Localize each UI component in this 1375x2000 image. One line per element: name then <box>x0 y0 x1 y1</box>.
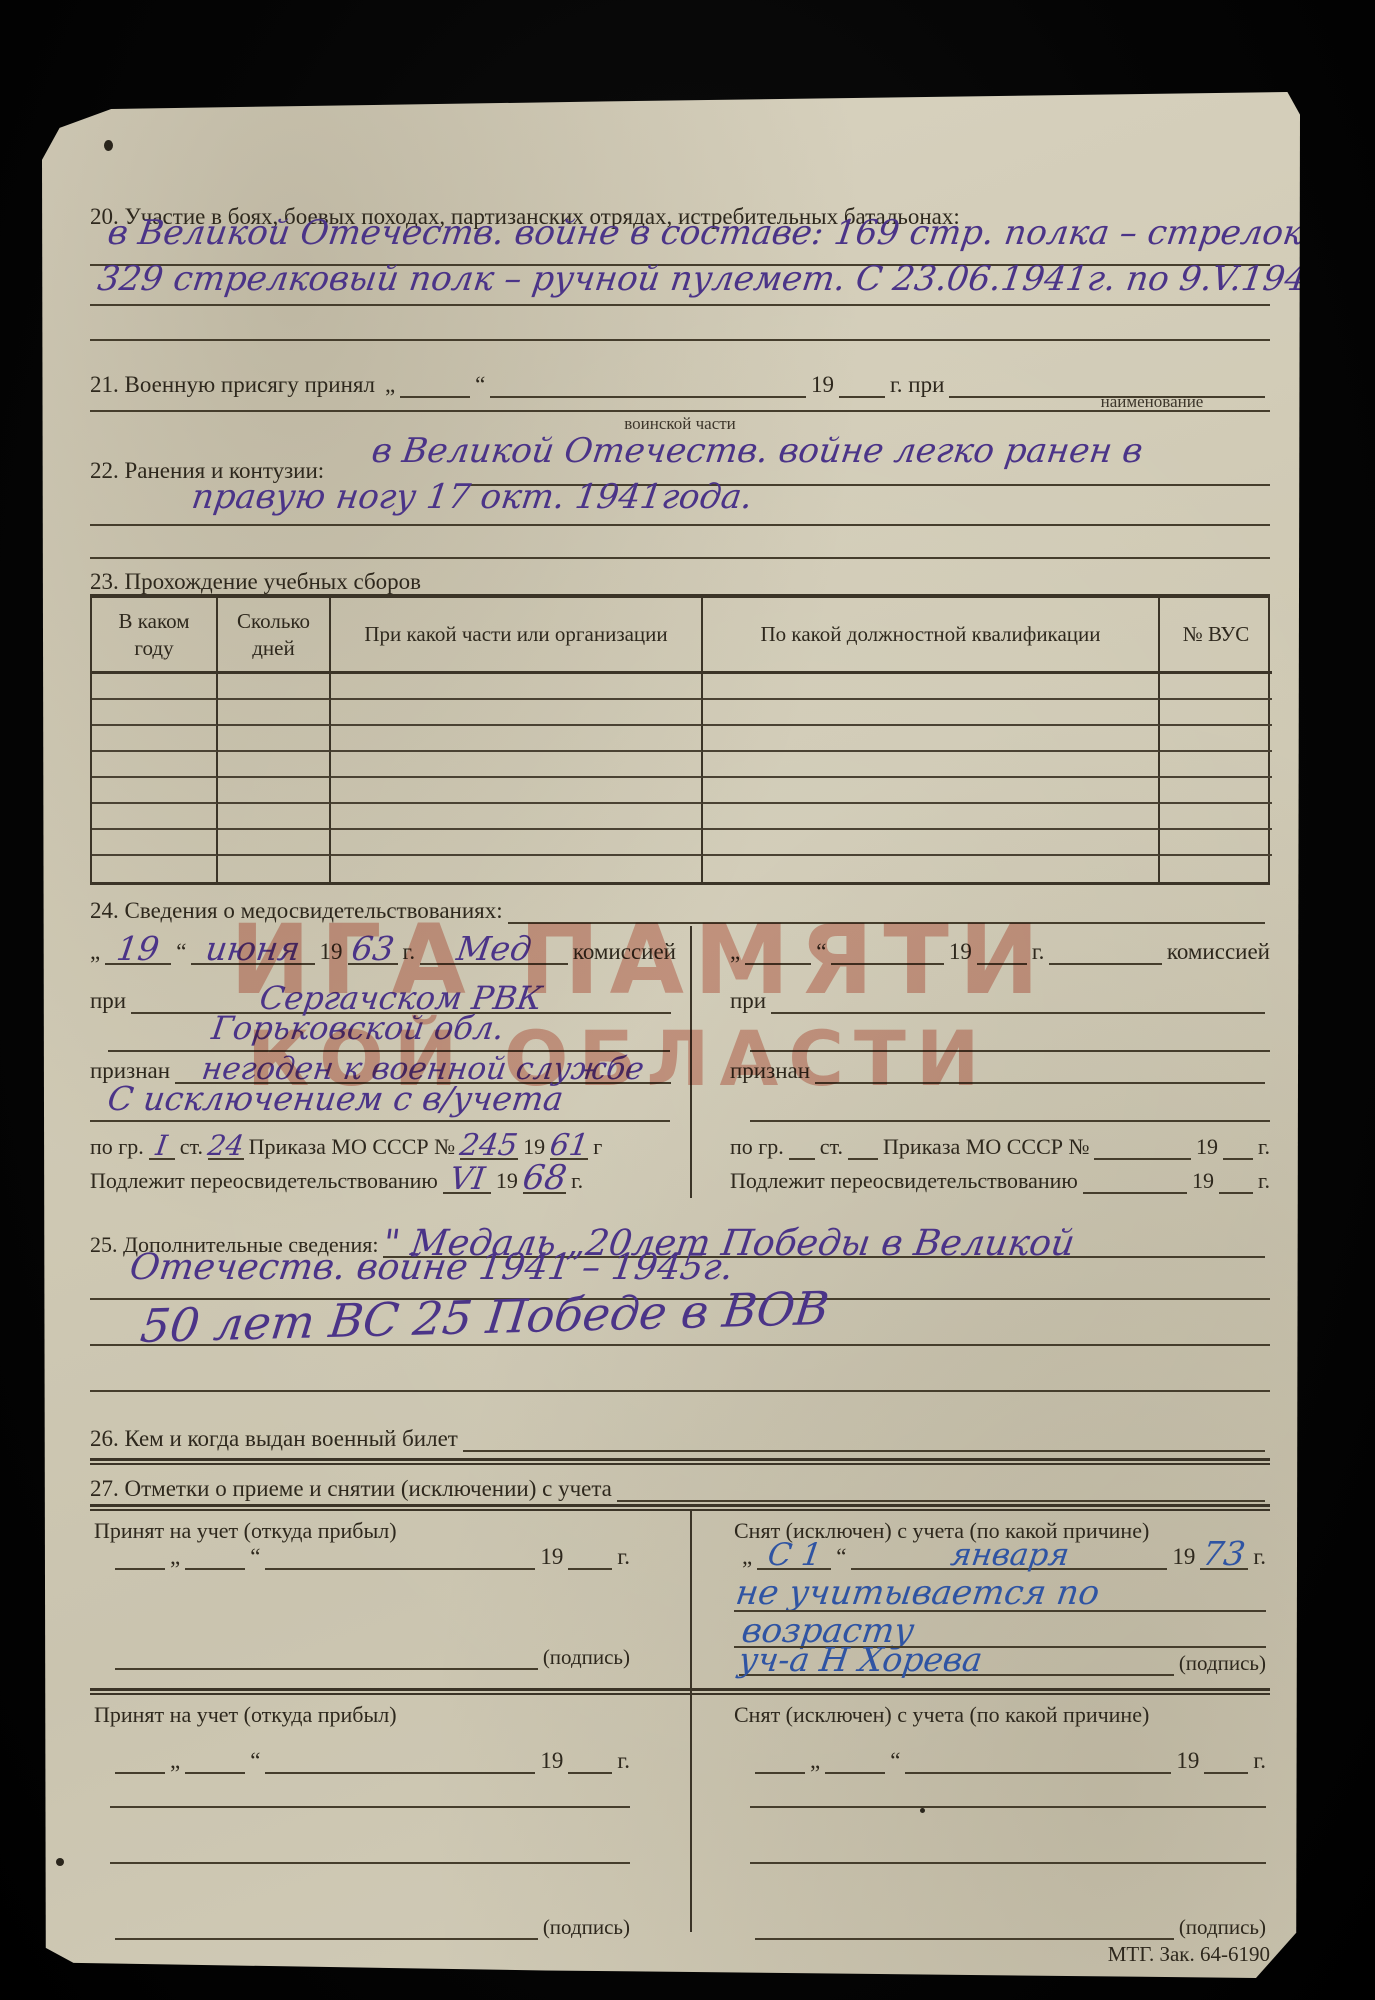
empty-cell <box>92 700 218 726</box>
ruled-line <box>90 339 1270 341</box>
quote-close: “ <box>475 372 485 398</box>
med-right-priznan-row: признан <box>730 1054 1270 1084</box>
med-right-pri-row: при <box>730 984 1270 1014</box>
empty-cell <box>218 674 331 700</box>
empty-cell <box>218 804 331 830</box>
blank-year <box>568 1544 612 1570</box>
g-label: г. <box>1253 1544 1266 1570</box>
med-left-order-year: 61 <box>548 1131 590 1161</box>
empty-cell <box>331 830 703 856</box>
signature-hint: (подпись) <box>543 1915 630 1940</box>
ink-speck <box>56 1858 64 1866</box>
blank <box>1094 1134 1190 1160</box>
ink-speck <box>920 1808 925 1813</box>
field-25-entry-3: 50 лет ВС 25 Победе в ВОВ <box>138 1285 831 1349</box>
year-19: 19 <box>1172 1544 1195 1570</box>
empty-cell <box>703 752 1160 778</box>
g-label: г. <box>1258 1134 1270 1160</box>
med-left-st: 24 <box>206 1132 246 1160</box>
col-header-year: В каком году <box>92 598 218 674</box>
blank-year <box>977 935 1027 965</box>
po-gr-label: по гр. <box>90 1134 144 1160</box>
accepted-sign-row-1: (подпись) <box>110 1644 630 1670</box>
ruled-line <box>750 1806 1266 1808</box>
field-27-label: 27. Отметки о приеме и снятии (исключени… <box>90 1476 612 1502</box>
accepted-date-row-1: „ “ 19 г. <box>110 1544 630 1570</box>
empty-cell <box>92 804 218 830</box>
blank-year <box>1204 1748 1248 1774</box>
quote-close: “ <box>250 1544 260 1570</box>
g-label: г. <box>1253 1748 1266 1774</box>
blank <box>771 984 1265 1014</box>
field-25-entry-2: Отечеств. войне 1941 – 1945г. <box>127 1250 735 1286</box>
column-divider <box>690 926 692 1198</box>
empty-cell <box>1160 674 1272 700</box>
field-22-entry-2: правую ногу 17 окт. 1941года. <box>190 480 755 514</box>
year-19: 19 <box>496 1168 518 1194</box>
blank-day <box>825 1748 885 1774</box>
empty-cell <box>1160 726 1272 752</box>
col-header-qualification: По какой должностной квалификации <box>703 598 1160 674</box>
field-21-label: 21. Военную присягу принял <box>90 372 375 398</box>
year-19: 19 <box>1196 1134 1218 1160</box>
empty-cell <box>218 778 331 804</box>
scanned-military-document: 20. Участие в боях, боевых походах, парт… <box>0 0 1375 2000</box>
empty-cell <box>1160 856 1272 882</box>
ruled-line <box>90 557 1270 559</box>
field-24-row: 24. Сведения о медосвидетельствованиях: <box>90 898 1270 924</box>
med-left-order-row: по гр. I ст. 24 Приказа МО СССР № 245 19… <box>90 1134 676 1160</box>
quote-close: “ <box>816 939 826 965</box>
priznan-label: признан <box>730 1058 810 1084</box>
med-left-order-no: 245 <box>458 1131 519 1161</box>
pri-label: при <box>730 988 766 1014</box>
blank-day <box>400 368 470 398</box>
empty-cell <box>331 674 703 700</box>
blank-month <box>905 1748 1171 1774</box>
blank <box>815 1054 1265 1084</box>
med-left-date-row: „ 19 “ июня 19 63 г. Мед комиссией <box>90 935 676 965</box>
po-gr-label: по гр. <box>730 1134 784 1160</box>
field-26-label: 26. Кем и когда выдан военный билет <box>90 1426 458 1452</box>
field-27-row: 27. Отметки о приеме и снятии (исключени… <box>90 1476 1270 1502</box>
g-label: г. <box>1258 1168 1270 1194</box>
empty-cell <box>92 830 218 856</box>
med-left-year: 63 <box>349 932 396 965</box>
removed-day-1: С 1 <box>765 1540 823 1571</box>
signature-hint: (подпись) <box>543 1645 630 1670</box>
col-header-unit: При какой части или организации <box>331 598 703 674</box>
empty-cell <box>703 674 1160 700</box>
year-19: 19 <box>1176 1748 1199 1774</box>
quote-close: “ <box>176 939 186 965</box>
quote-open: „ <box>730 939 740 965</box>
removed-year-1: 73 <box>1201 1537 1248 1570</box>
empty-cell <box>1160 778 1272 804</box>
blank-commission <box>1049 935 1161 965</box>
ruled-line <box>750 1050 1270 1052</box>
blank <box>115 1748 165 1774</box>
ruled-line <box>750 1862 1266 1864</box>
empty-cell <box>218 856 331 882</box>
double-rule <box>90 1458 1270 1465</box>
prikaz-label: Приказа МО СССР № <box>883 1134 1089 1160</box>
accepted-header-1: Принят на учет (откуда прибыл) <box>94 1518 397 1544</box>
blank <box>848 1134 878 1160</box>
empty-cell <box>331 752 703 778</box>
commission-label: комиссией <box>1167 939 1270 965</box>
quote-open: „ <box>90 939 100 965</box>
empty-cell <box>331 856 703 882</box>
empty-cell <box>703 778 1160 804</box>
med-right-reexam-row: Подлежит переосвидетельствованию 19 г. <box>730 1168 1270 1194</box>
footer-print-code: МТГ. Зак. 64-6190 <box>982 1942 1270 1967</box>
year-19: 19 <box>320 939 343 965</box>
field-24-label: 24. Сведения о медосвидетельствованиях: <box>90 898 503 924</box>
blank-month <box>265 1544 535 1570</box>
double-rule <box>90 1504 1270 1511</box>
table-27-divider <box>690 1511 692 1932</box>
g-label: г. <box>617 1748 630 1774</box>
med-left-month: июня <box>204 932 303 965</box>
hint-naimenovanie: наименование <box>1042 392 1262 412</box>
blank <box>617 1476 1265 1502</box>
accepted-sign-row-2: (подпись) <box>110 1914 630 1940</box>
removed-date-row-1: „ С 1 “ января 19 73 г. <box>742 1540 1266 1570</box>
ruled-line <box>90 410 1270 412</box>
podlezhit-label: Подлежит переосвидетельствованию <box>730 1168 1078 1194</box>
med-left-reexam-month: VI <box>447 1164 486 1195</box>
table-training-camps: В каком году Сколько дней При какой част… <box>90 594 1270 885</box>
col-header-vus: № ВУС <box>1160 598 1272 674</box>
empty-cell <box>703 856 1160 882</box>
blank-year <box>839 368 885 398</box>
removed-date-row-2: „ “ 19 г. <box>750 1748 1266 1774</box>
quote-open: „ <box>810 1748 820 1774</box>
empty-cell <box>703 830 1160 856</box>
empty-cell <box>703 700 1160 726</box>
empty-cell <box>703 804 1160 830</box>
quote-open: „ <box>742 1544 752 1570</box>
blank-signature <box>115 1914 538 1940</box>
year-19: 19 <box>540 1544 563 1570</box>
blank <box>463 1426 1265 1452</box>
g-pri-label: г. при <box>890 372 944 398</box>
removed-sign-row-1: уч-а Н Хорева (подпись) <box>734 1648 1266 1676</box>
signature-hint: (подпись) <box>1179 1915 1266 1940</box>
quote-close: “ <box>890 1748 900 1774</box>
blank-day <box>185 1748 245 1774</box>
field-20-entry-2: 329 стрелковый полк – ручной пулемет. С … <box>96 262 1359 296</box>
empty-cell <box>703 726 1160 752</box>
removed-month-1: января <box>948 1540 1070 1571</box>
empty-cell <box>331 700 703 726</box>
med-left-reexam-row: Подлежит переосвидетельствованию VI 19 6… <box>90 1168 676 1194</box>
med-left-priznan-value-2: С исключением с в/учета <box>106 1082 566 1115</box>
year-19: 19 <box>811 372 834 398</box>
blank <box>1219 1168 1253 1194</box>
prikaz-label: Приказа МО СССР № <box>249 1134 455 1160</box>
ruled-line <box>90 304 1270 306</box>
year-19: 19 <box>523 1134 545 1160</box>
ruled-line <box>90 1120 670 1122</box>
blank <box>115 1544 165 1570</box>
empty-cell <box>92 752 218 778</box>
removed-reason-line-1: не учитывается по <box>734 1576 1102 1610</box>
pri-label: при <box>90 988 126 1014</box>
year-19: 19 <box>540 1748 563 1774</box>
blank-year <box>568 1748 612 1774</box>
document-page: 20. Участие в боях, боевых походах, парт… <box>42 92 1300 1978</box>
year-19: 19 <box>949 939 972 965</box>
empty-cell <box>92 856 218 882</box>
podlezhit-label: Подлежит переосвидетельствованию <box>90 1168 438 1194</box>
year-19: 19 <box>1192 1168 1214 1194</box>
empty-cell <box>331 726 703 752</box>
ruled-line <box>110 1806 630 1808</box>
med-left-day: 19 <box>115 932 162 965</box>
empty-cell <box>1160 804 1272 830</box>
g-label: г. <box>617 1544 630 1570</box>
blank-day <box>745 935 811 965</box>
med-right-date-row: „ “ 19 г. комиссией <box>730 935 1270 965</box>
med-left-gr: I <box>154 1132 169 1160</box>
removed-header-2: Снят (исключен) с учета (по какой причин… <box>734 1702 1149 1728</box>
accepted-header-2: Принят на учет (откуда прибыл) <box>94 1702 397 1728</box>
ruled-line <box>90 1344 1270 1346</box>
accepted-date-row-2: „ “ 19 г. <box>110 1748 630 1774</box>
quote-open: „ <box>170 1748 180 1774</box>
blank <box>1223 1134 1253 1160</box>
g-label: г. <box>571 1168 583 1194</box>
empty-cell <box>331 778 703 804</box>
g-label: г. <box>403 939 416 965</box>
col-header-days: Сколько дней <box>218 598 331 674</box>
ruled-line <box>750 1120 1270 1122</box>
double-rule <box>90 1688 1270 1695</box>
ruled-line <box>110 1862 630 1864</box>
blank <box>755 1748 805 1774</box>
ink-speck <box>104 140 113 151</box>
empty-cell <box>1160 700 1272 726</box>
empty-cell <box>92 726 218 752</box>
empty-cell <box>92 778 218 804</box>
blank-signature <box>115 1644 538 1670</box>
blank <box>508 898 1265 924</box>
g-label: г <box>593 1134 602 1160</box>
blank-day <box>185 1544 245 1570</box>
removed-sign-row-2: (подпись) <box>750 1914 1266 1940</box>
empty-cell <box>218 726 331 752</box>
quote-close: “ <box>250 1748 260 1774</box>
blank <box>789 1134 815 1160</box>
ruled-line <box>90 1390 1270 1392</box>
field-20-entry-1: в Великой Отечеств. войне в составе: 169… <box>106 216 1306 250</box>
blank-month <box>265 1748 535 1774</box>
empty-cell <box>218 830 331 856</box>
blank-month <box>831 935 943 965</box>
med-left-commission-value: Мед <box>455 932 534 965</box>
field-22-entry-1: в Великой Отечеств. войне легко ранен в <box>370 434 1145 468</box>
g-label: г. <box>1032 939 1045 965</box>
empty-cell <box>331 804 703 830</box>
blank <box>1083 1168 1187 1194</box>
removed-signature-note: уч-а Н Хорева <box>737 1643 985 1676</box>
med-left-reexam-year: 68 <box>520 1161 568 1195</box>
field-26-row: 26. Кем и когда выдан военный билет <box>90 1426 1270 1452</box>
st-label: ст. <box>180 1134 203 1160</box>
empty-cell <box>218 700 331 726</box>
ruled-line <box>90 524 1270 526</box>
med-right-order-row: по гр. ст. Приказа МО СССР № 19 г. <box>730 1134 1270 1160</box>
signature-hint: (подпись) <box>1179 1651 1266 1676</box>
quote-close: “ <box>836 1544 846 1570</box>
blank-signature <box>755 1914 1174 1940</box>
empty-cell <box>1160 830 1272 856</box>
blank-month <box>490 368 806 398</box>
med-left-pri-value-2: Горьковской обл. <box>210 1012 506 1044</box>
empty-cell <box>218 752 331 778</box>
quote-open: „ <box>385 372 395 398</box>
empty-cell <box>1160 752 1272 778</box>
st-label: ст. <box>820 1134 843 1160</box>
field-23-label: 23. Прохождение учебных сборов <box>90 569 421 595</box>
quote-open: „ <box>170 1544 180 1570</box>
empty-cell <box>92 674 218 700</box>
commission-label: комиссией <box>573 939 676 965</box>
